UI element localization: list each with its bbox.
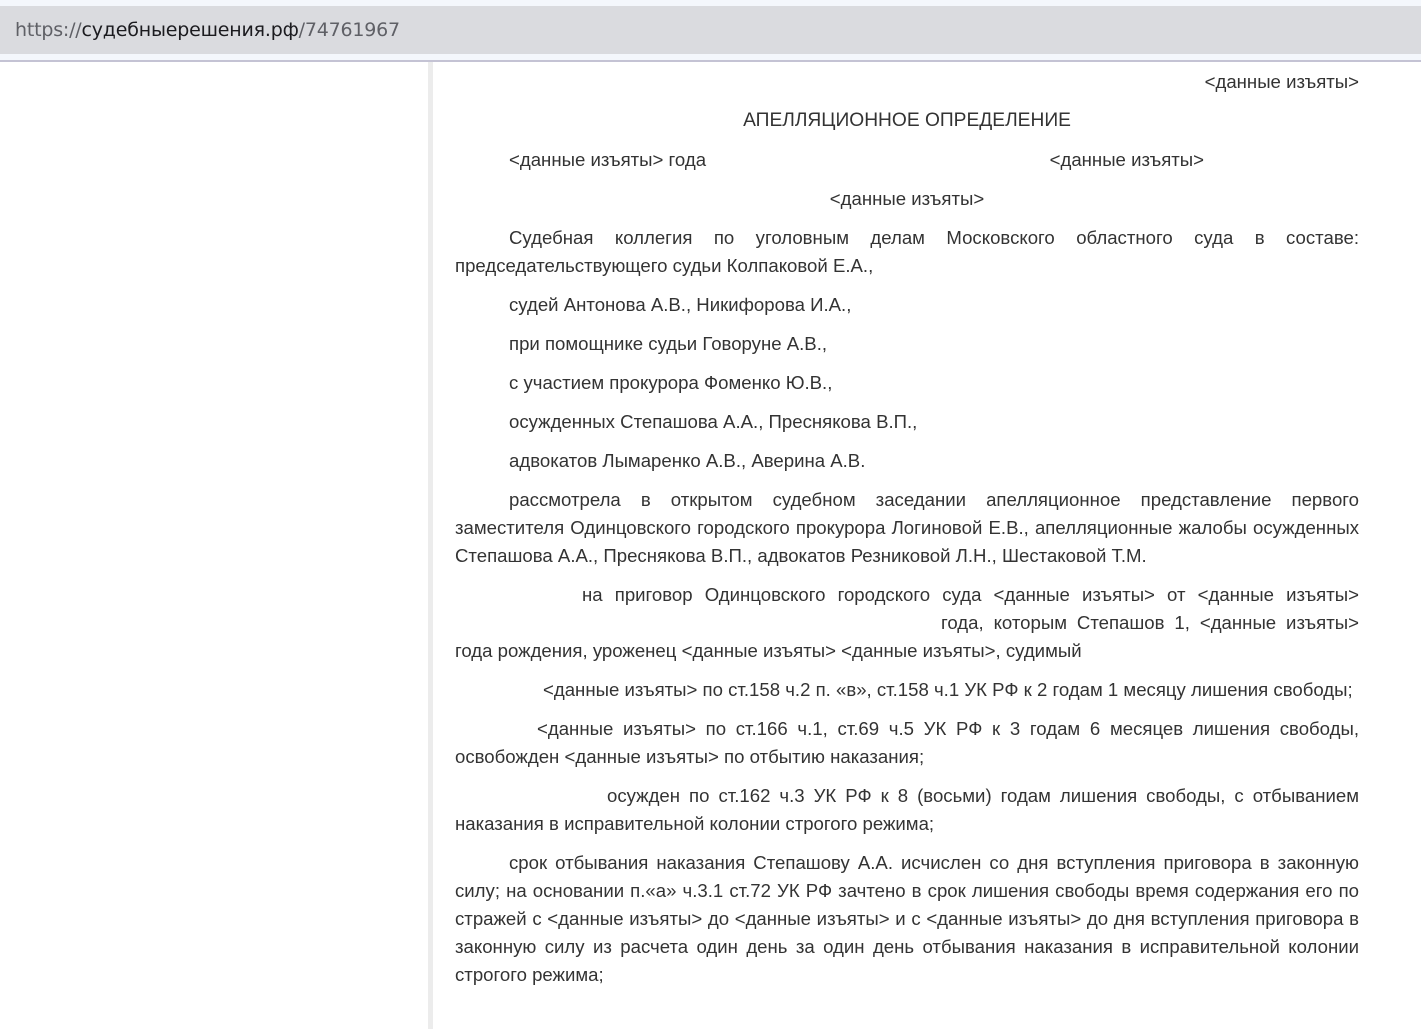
paragraph-prosecutor: с участием прокурора Фоменко Ю.В., <box>455 369 1359 397</box>
paragraph-verdict: на приговор Одинцовского городского суда… <box>455 581 1359 665</box>
content-left-border <box>428 62 433 1029</box>
url-path: /74761967 <box>299 19 400 41</box>
verdict-part-a: на приговор Одинцовского городского суда… <box>582 584 1359 605</box>
paragraph-judges: судей Антонова А.В., Никифорова И.А., <box>455 291 1359 319</box>
paragraph-assistant: при помощнике судьи Говоруне А.В., <box>455 330 1359 358</box>
document-title: АПЕЛЛЯЦИОННОЕ ОПРЕДЕЛЕНИЕ <box>455 107 1359 135</box>
document-city: <данные изъяты> <box>1050 146 1204 174</box>
url-scheme: https:// <box>15 19 82 41</box>
paragraph-sentence: осужден по ст.162 ч.3 УК РФ к 8 (восьми)… <box>455 782 1359 838</box>
paragraph-term: срок отбывания наказания Степашову А.А. … <box>455 849 1359 989</box>
document-date: <данные изъяты> года <box>509 146 706 174</box>
court-document: <данные изъяты> АПЕЛЛЯЦИОННОЕ ОПРЕДЕЛЕНИ… <box>455 68 1359 1000</box>
verdict-part-b: года, которым Степашов 1, <данные изъяты… <box>455 612 1359 661</box>
paragraph-considered: рассмотрела в открытом судебном заседани… <box>455 486 1359 570</box>
paragraph-collegium: Судебная коллегия по уголовным делам Мос… <box>455 224 1359 280</box>
paragraph-prior-conviction-2: <данные изъяты> по ст.166 ч.1, ст.69 ч.5… <box>455 715 1359 771</box>
page-viewport: <данные изъяты> АПЕЛЛЯЦИОННОЕ ОПРЕДЕЛЕНИ… <box>0 62 1421 1029</box>
document-place: <данные изъяты> <box>455 185 1359 213</box>
paragraph-convicted: осужденных Степашова А.А., Преснякова В.… <box>455 408 1359 436</box>
date-place-row: <данные изъяты> года <данные изъяты> <box>455 146 1359 174</box>
document-header-redacted: <данные изъяты> <box>455 68 1359 96</box>
url-host: судебныерешения.рф <box>82 19 299 41</box>
paragraph-lawyers: адвокатов Лымаренко А.В., Аверина А.В. <box>455 447 1359 475</box>
address-bar[interactable]: https://судебныерешения.рф/74761967 <box>0 6 1421 54</box>
paragraph-prior-conviction-1: <данные изъяты> по ст.158 ч.2 п. «в», ст… <box>455 676 1359 704</box>
